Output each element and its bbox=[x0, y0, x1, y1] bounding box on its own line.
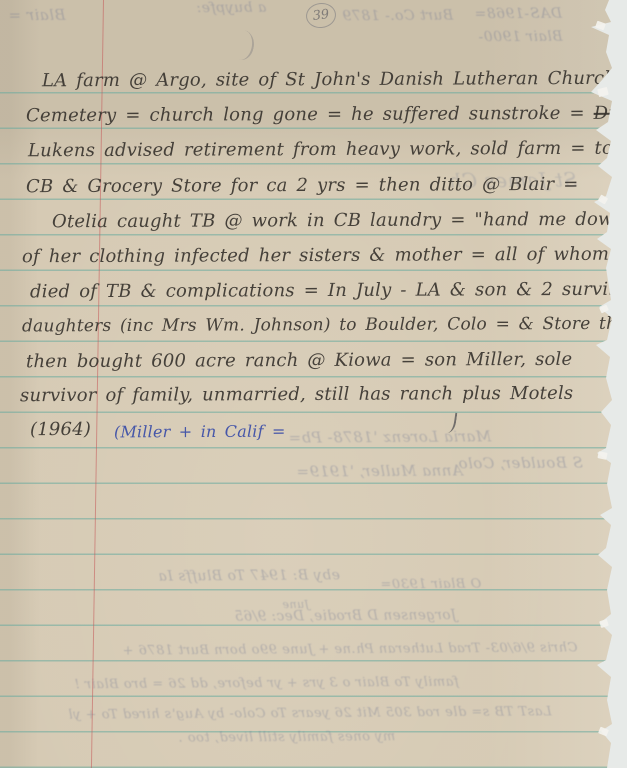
scan-stage: Blair = a buypfe: Burt Co.- 1879 DAS-196… bbox=[0, 0, 627, 768]
handwritten-line: Otelia caught TB @ work in CB laundry = … bbox=[52, 208, 627, 235]
torn-edge-speck bbox=[599, 305, 609, 314]
bleedthrough-text: Anna Muller, '1919= bbox=[296, 461, 463, 480]
pencil-stroke bbox=[227, 28, 258, 63]
handwritten-line: (1964) bbox=[30, 418, 91, 442]
handwritten-line: daughters (inc Mrs Wm. Johnson) to Bould… bbox=[22, 312, 627, 339]
handwritten-line: of her clothing infected her sisters & m… bbox=[22, 243, 609, 270]
bleedthrough-text: family To Blair o 3 yrs + yr before, dd … bbox=[74, 675, 459, 693]
bleedthrough-text: Blair 1900- bbox=[478, 29, 563, 46]
bleedthrough-text: my ones family still lived, too . bbox=[178, 729, 395, 746]
paper-sheet: Blair = a buypfe: Burt Co.- 1879 DAS-196… bbox=[0, 0, 620, 768]
torn-edge-speck bbox=[599, 619, 609, 628]
torn-edge-speck bbox=[597, 87, 609, 97]
torn-edge-speck bbox=[598, 194, 608, 204]
struck-word: Dr bbox=[594, 103, 618, 124]
bleedthrough-text: DAS-1968= bbox=[474, 6, 562, 23]
circled-page-number: 39 bbox=[305, 1, 338, 29]
bleedthrough-text: eby B: 1947 To Bluffs Ia bbox=[158, 567, 340, 584]
handwritten-line: died of TB & complications = In July - L… bbox=[30, 278, 627, 305]
bleedthrough-text: Jorgensen D Brodie, Dec: 9/65 bbox=[234, 607, 457, 625]
handwritten-line: Cemetery = church long gone = he suffere… bbox=[26, 102, 617, 129]
bleedthrough-text: Burt Co.- 1879 bbox=[342, 8, 453, 25]
blue-ink-annotation: (Miller + in Calif = bbox=[114, 420, 286, 445]
handwritten-line: LA farm @ Argo, site of St John's Danish… bbox=[42, 67, 627, 94]
bleedthrough-text: Blair = bbox=[8, 6, 66, 24]
handwritten-line: then bought 600 acre ranch @ Kiowa = son… bbox=[26, 348, 572, 374]
bleedthrough-text: O Blair 1930= bbox=[380, 577, 481, 593]
handwritten-line: Lukens advised retirement from heavy wor… bbox=[28, 137, 613, 164]
page-number-text: 39 bbox=[312, 7, 330, 24]
scanned-notebook-page: { "document_type": "handwritten genealog… bbox=[0, 0, 627, 768]
handwritten-line: CB & Grocery Store for ca 2 yrs = then d… bbox=[26, 173, 579, 199]
bleedthrough-text: Chris 9/6/03- Trad Lutheran Ph.ne + June… bbox=[122, 640, 578, 658]
bleedthrough-text: S Boulder, Colo bbox=[458, 454, 583, 473]
line-text: Cemetery = church long gone = he suffere… bbox=[26, 103, 594, 126]
bleedthrough-text: a buypfe: bbox=[196, 0, 266, 16]
bleedthrough-text: Maria Lorenz '1878- Pb= bbox=[288, 427, 491, 446]
handwritten-line: survivor of family, unmarried, still has… bbox=[20, 382, 573, 408]
